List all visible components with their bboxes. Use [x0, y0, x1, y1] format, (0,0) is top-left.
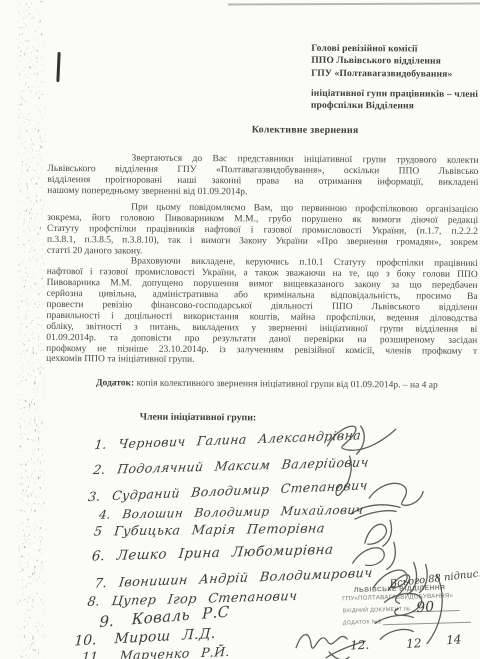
stamp-handwritten-number: 90 — [416, 599, 435, 616]
signer-number: 7. — [94, 576, 108, 592]
stamp-date-month: 12 — [406, 636, 422, 651]
scanned-document-page: Голові ревізійної комісії ППО Львівськог… — [0, 0, 480, 659]
sender-line: ініціативної гупи працівників – члені — [311, 88, 478, 102]
signer-number: 5 — [93, 525, 103, 540]
stamp-date-day: 12. — [350, 638, 370, 653]
signature-row: 5Губицька Марія Петорівна — [93, 521, 325, 539]
signer-name: Волошин Володимир Михайлович — [122, 503, 365, 522]
signer-number: 1. — [94, 437, 107, 453]
incoming-registration-stamp: ЛЬВІВСЬКЕ ВІДДІЛЕННЯ ГПУ«ПОЛТАВАГАЗВИДОБ… — [342, 584, 477, 627]
signer-number: 11. — [82, 649, 103, 659]
signer-name: Подолячний Максим Валерійович — [116, 454, 370, 476]
paragraph-2: При цьому повідомляємо Вам, що первинною… — [47, 202, 478, 260]
signature-stroke — [369, 483, 423, 505]
paragraph-3: Враховуючи викладене, керуючись п.10.1 С… — [46, 256, 478, 368]
signer-name: Лешко Ірина Любомирівна — [116, 542, 334, 564]
signature-row: 7.Івонишин Андрій Володимирович — [94, 566, 374, 592]
signature-row: 1.Чернович Галина Александрівна — [94, 427, 362, 452]
signature-row: 6.Лешко Ірина Любомирівна — [91, 542, 334, 565]
paragraph-1: Звертаються до Вас представники ініціати… — [47, 153, 478, 200]
signature-stroke — [365, 520, 392, 546]
signature-row: 2.Подолячний Максим Валерійович — [92, 454, 370, 477]
recipient-block: Голові ревізійної комісії ППО Львівськог… — [311, 43, 453, 81]
members-heading: Члени ініціативної групи: — [140, 412, 257, 424]
signature-row: 3.Судраний Володимир Степанович — [87, 477, 368, 504]
document-title: Колективне звернення — [252, 124, 359, 136]
signature-stroke — [296, 635, 347, 649]
stamp-blank-line — [383, 617, 471, 625]
attachment-line: Додаток: копія колективного звернення ін… — [96, 378, 438, 390]
stamp-field-label: ДОДАТОК №3 — [343, 619, 381, 626]
stamp-field-label: ВХІДНИЙ ДОКУМЕНТ № — [342, 606, 410, 614]
stamp-date-year: 14 — [446, 632, 462, 647]
signer-number: 2. — [92, 462, 106, 477]
signer-name: Судраний Володимир Степанович — [111, 477, 368, 503]
recipient-line: ППО Львівського відділення — [311, 55, 452, 68]
signature-stroke — [353, 542, 396, 569]
signer-number: 8. — [87, 594, 101, 609]
signer-name: Марченко Р.Й. — [119, 644, 230, 659]
signer-name: Губицька Марія Петорівна — [113, 521, 325, 539]
signer-number: 6. — [91, 548, 105, 564]
sender-block: ініціативної гупи працівників – члені пр… — [311, 88, 478, 114]
recipient-line: ГПУ «Полтавагазвидобування» — [311, 68, 452, 81]
signer-number: 9. — [99, 612, 114, 631]
signer-number: 3. — [87, 488, 101, 504]
document-content: Голові ревізійної комісії ППО Львівськог… — [0, 0, 480, 659]
signer-number: 10. — [74, 632, 97, 649]
attachment-label: Додаток: — [96, 378, 134, 388]
signer-number: 4. — [98, 508, 111, 522]
signer-name: Чернович Галина Александрівна — [118, 427, 362, 451]
signature-row: 4.Волошин Володимир Михайлович — [98, 503, 364, 522]
recipient-line: Голові ревізійної комісії — [311, 43, 452, 56]
signer-name: Івонишин Андрій Володимирович — [118, 566, 374, 591]
attachment-text: копія колективного звернення ініціативно… — [137, 379, 438, 391]
sender-line: профспілки Відділення — [311, 100, 478, 114]
